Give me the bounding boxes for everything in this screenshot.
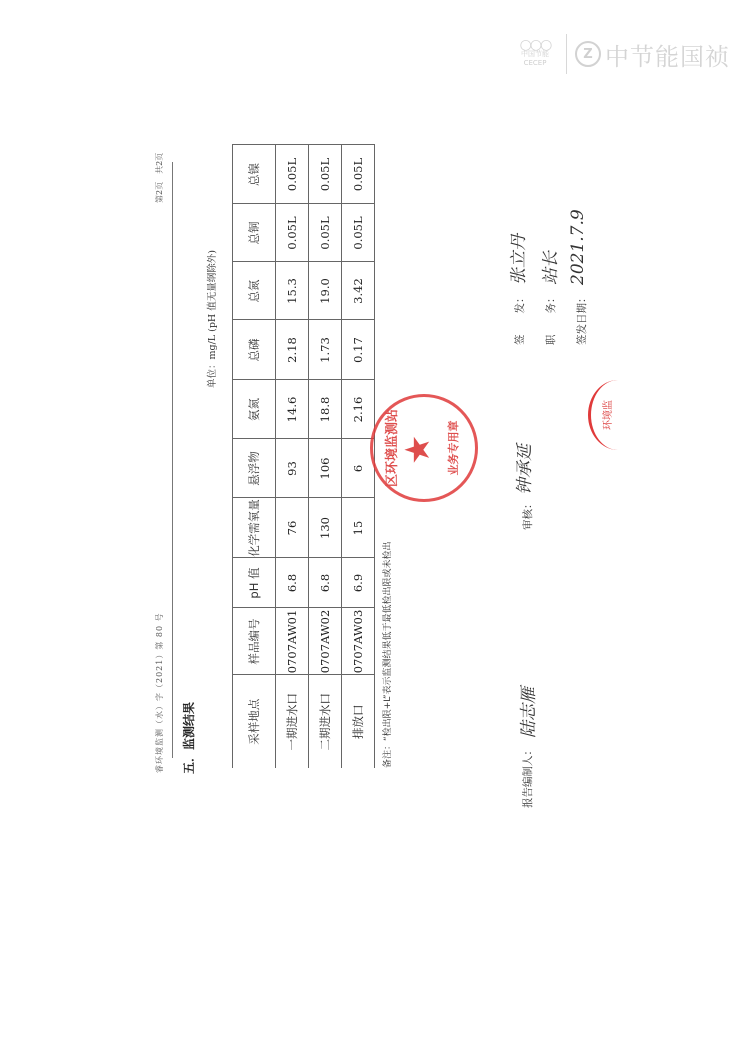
rotated-report-page: 睿环境监测（水）字（2021）第 80 号 第2页 共2页 五．监测结果 单位：… — [140, 120, 660, 820]
cell: 二期进水口 — [309, 675, 342, 768]
table-row: 排放口 0707AW03 6.9 15 6 2.16 0.17 3.42 0.0… — [342, 145, 375, 768]
cell: 0.05L — [342, 145, 375, 204]
issue-date-label: 签发日期： — [574, 293, 589, 346]
cell: 0.05L — [309, 204, 342, 262]
cell: 一期进水口 — [276, 675, 309, 768]
col-header: 氨氮 — [233, 380, 276, 439]
col-header: 化学需氧量 — [233, 498, 276, 558]
header-rule — [172, 162, 173, 758]
col-header: 样品编号 — [233, 608, 276, 675]
cell: 0.05L — [342, 204, 375, 262]
partial-seal: 环境监 — [588, 380, 648, 450]
cell: 6.8 — [309, 558, 342, 608]
results-table: 采样地点 样品编号 pH 值 化学需氧量 悬浮物 氨氮 总磷 总氮 总铜 总镍 … — [232, 145, 375, 769]
doc-number: 睿环境监测（水）字（2021）第 80 号 — [154, 612, 165, 773]
cell: 1.73 — [309, 320, 342, 380]
table-row: 一期进水口 0707AW01 6.8 76 93 14.6 2.18 15.3 … — [276, 145, 309, 768]
compiler-signature: 陆志雁 — [514, 687, 539, 738]
remark-note: 备注：“检出限+L”表示监测结果低于最低检出限或未检出 — [380, 541, 393, 768]
unit-note: 单位：mg/L (pH 值无量纲除外) — [204, 250, 218, 388]
issuer-label: 签 发： — [512, 293, 527, 346]
cell: 18.8 — [309, 380, 342, 439]
section-title: 五．监测结果 — [180, 702, 197, 774]
cecep-en: CECEP — [512, 59, 558, 68]
reviewer-label: 审核： — [520, 499, 535, 531]
position-value: 站长 — [536, 251, 561, 285]
cell: 0707AW01 — [276, 608, 309, 675]
cell: 19.0 — [309, 262, 342, 320]
star-icon: ★ — [401, 435, 435, 465]
cell: 130 — [309, 498, 342, 558]
col-header: 总磷 — [233, 320, 276, 380]
cell: 14.6 — [276, 380, 309, 439]
cecep-cn: 中国节能 — [512, 50, 558, 59]
cell: 0.17 — [342, 320, 375, 380]
cell: 3.42 — [342, 262, 375, 320]
col-header: 总氮 — [233, 262, 276, 320]
cell: 0.05L — [309, 145, 342, 204]
watermark-logo: ○○○ 中国节能 CECEP Z 中节能国祯 — [512, 30, 730, 78]
cell: 2.16 — [342, 380, 375, 439]
cecep-logo: ○○○ 中国节能 CECEP — [512, 41, 558, 68]
cell: 15 — [342, 498, 375, 558]
cell: 6.9 — [342, 558, 375, 608]
official-seal: 区环境监测站 ★ 业务专用章 — [370, 394, 478, 502]
cell: 2.18 — [276, 320, 309, 380]
position-label: 职 务： — [543, 293, 558, 346]
col-header: pH 值 — [233, 558, 276, 608]
table-row: 二期进水口 0707AW02 6.8 130 106 18.8 1.73 19.… — [309, 145, 342, 768]
cell: 0.05L — [276, 204, 309, 262]
cell: 0707AW02 — [309, 608, 342, 675]
cell: 93 — [276, 439, 309, 498]
issue-date-value: 2021.7.9 — [568, 209, 588, 285]
col-header: 总镍 — [233, 145, 276, 204]
brand-g-icon: Z — [575, 41, 601, 67]
seal-bottom-text: 业务专用章 — [445, 397, 461, 499]
brand-name: 中节能国祯 — [605, 37, 730, 72]
page-info: 第2页 共2页 — [154, 153, 165, 203]
compiler-label: 报告编制人： — [520, 745, 535, 808]
cell: 6.8 — [276, 558, 309, 608]
table-header-row: 采样地点 样品编号 pH 值 化学需氧量 悬浮物 氨氮 总磷 总氮 总铜 总镍 — [233, 145, 276, 768]
cell: 76 — [276, 498, 309, 558]
issuer-signature: 张立丹 — [504, 234, 529, 285]
logo-divider — [566, 34, 567, 74]
cell: 15.3 — [276, 262, 309, 320]
cell: 106 — [309, 439, 342, 498]
cell: 排放口 — [342, 675, 375, 768]
col-header: 总铜 — [233, 204, 276, 262]
cell: 0707AW03 — [342, 608, 375, 675]
col-header: 采样地点 — [233, 675, 276, 768]
col-header: 悬浮物 — [233, 439, 276, 498]
rings-icon: ○○○ — [512, 41, 558, 50]
reviewer-signature: 钟承延 — [510, 444, 535, 495]
cell: 0.05L — [276, 145, 309, 204]
